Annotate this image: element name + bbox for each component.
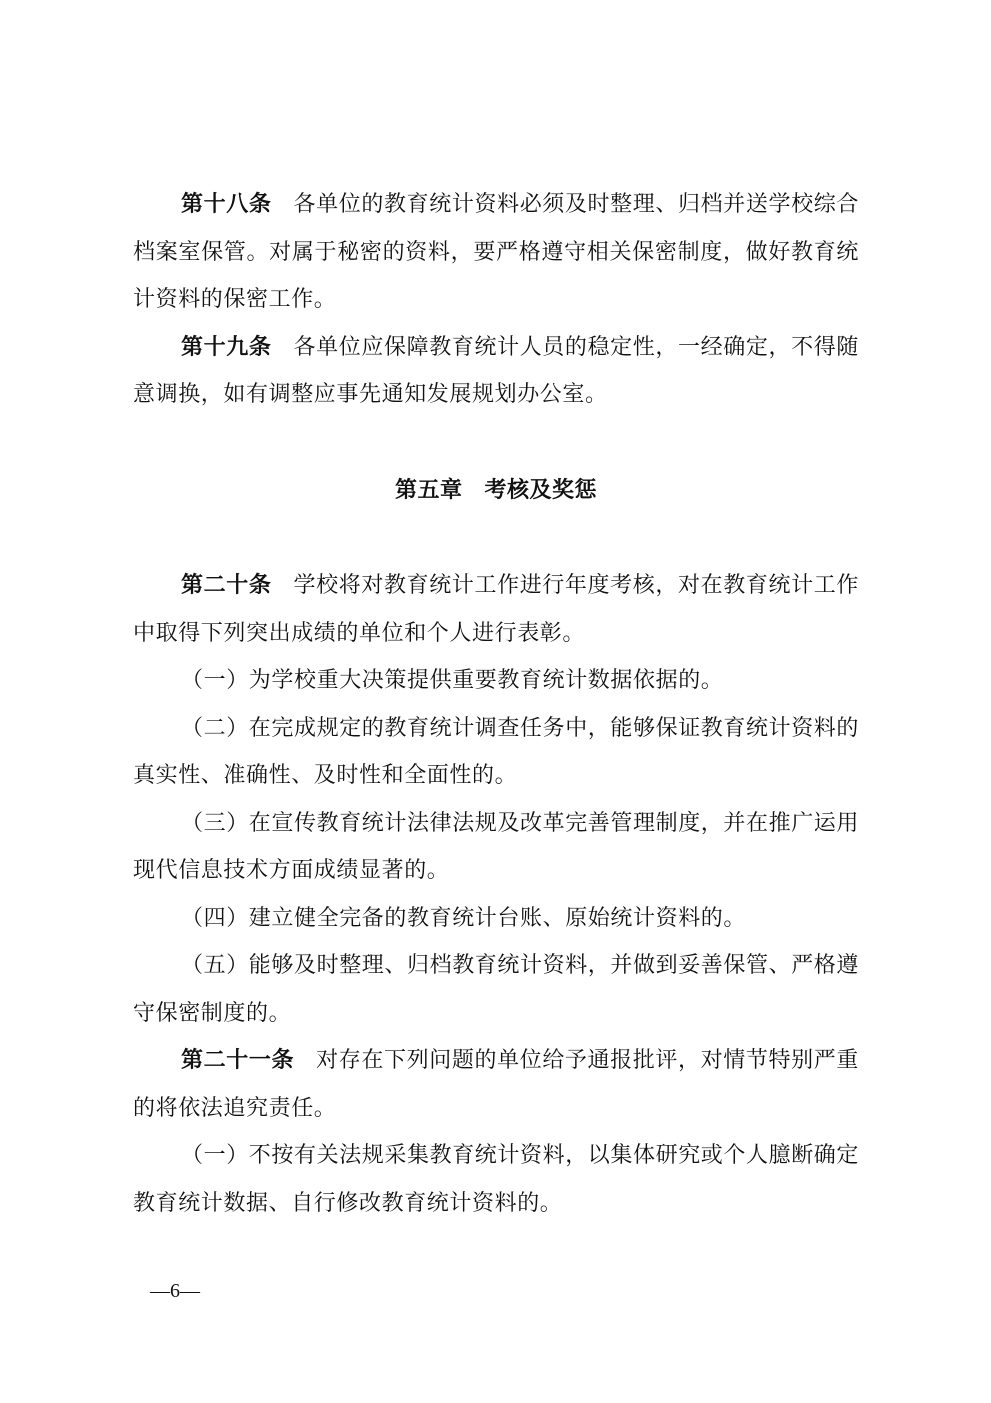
list-item: （五）能够及时整理、归档教育统计资料，并做到妥善保管、严格遵守保密制度的。 bbox=[133, 942, 859, 1037]
document-body: 第十八条各单位的教育统计资料必须及时整理、归档并送学校综合档案室保管。对属于秘密… bbox=[133, 181, 859, 1227]
article-number: 第二十条 bbox=[181, 573, 271, 598]
spacer bbox=[133, 419, 859, 467]
list-item-text: （三）在宣传教育统计法律法规及改革完善管理制度，并在推广运用现代信息技术方面成绩… bbox=[133, 811, 859, 884]
document-page: 第十八条各单位的教育统计资料必须及时整理、归档并送学校综合档案室保管。对属于秘密… bbox=[0, 0, 991, 1403]
list-item: （二）在完成规定的教育统计调查任务中，能够保证教育统计资料的真实性、准确性、及时… bbox=[133, 705, 859, 800]
list-item-text: （二）在完成规定的教育统计调查任务中，能够保证教育统计资料的真实性、准确性、及时… bbox=[133, 716, 859, 789]
chapter-heading: 第五章考核及奖惩 bbox=[133, 467, 859, 515]
chapter-number: 第五章 bbox=[395, 478, 463, 503]
article-18: 第十八条各单位的教育统计资料必须及时整理、归档并送学校综合档案室保管。对属于秘密… bbox=[133, 181, 859, 324]
list-item-text: （四）建立健全完备的教育统计台账、原始统计资料的。 bbox=[181, 906, 746, 931]
article-number: 第十九条 bbox=[181, 335, 271, 360]
page-number: —6— bbox=[150, 1280, 200, 1303]
list-item: （一）为学校重大决策提供重要教育统计数据依据的。 bbox=[133, 657, 859, 705]
article-number: 第二十一条 bbox=[181, 1048, 294, 1073]
chapter-title: 考核及奖惩 bbox=[485, 478, 598, 503]
article-21: 第二十一条对存在下列问题的单位给予通报批评，对情节特别严重的将依法追究责任。 bbox=[133, 1037, 859, 1132]
list-item-text: （一）为学校重大决策提供重要教育统计数据依据的。 bbox=[181, 668, 723, 693]
spacer bbox=[133, 514, 859, 562]
article-19: 第十九条各单位应保障教育统计人员的稳定性，一经确定，不得随意调换，如有调整应事先… bbox=[133, 324, 859, 419]
list-item: （一）不按有关法规采集教育统计资料，以集体研究或个人臆断确定教育统计数据、自行修… bbox=[133, 1132, 859, 1227]
list-item-text: （五）能够及时整理、归档教育统计资料，并做到妥善保管、严格遵守保密制度的。 bbox=[133, 953, 859, 1026]
list-item-text: （一）不按有关法规采集教育统计资料，以集体研究或个人臆断确定教育统计数据、自行修… bbox=[133, 1143, 859, 1216]
list-item: （四）建立健全完备的教育统计台账、原始统计资料的。 bbox=[133, 895, 859, 943]
list-item: （三）在宣传教育统计法律法规及改革完善管理制度，并在推广运用现代信息技术方面成绩… bbox=[133, 800, 859, 895]
article-number: 第十八条 bbox=[181, 192, 271, 217]
article-20: 第二十条学校将对教育统计工作进行年度考核，对在教育统计工作中取得下列突出成绩的单… bbox=[133, 562, 859, 657]
